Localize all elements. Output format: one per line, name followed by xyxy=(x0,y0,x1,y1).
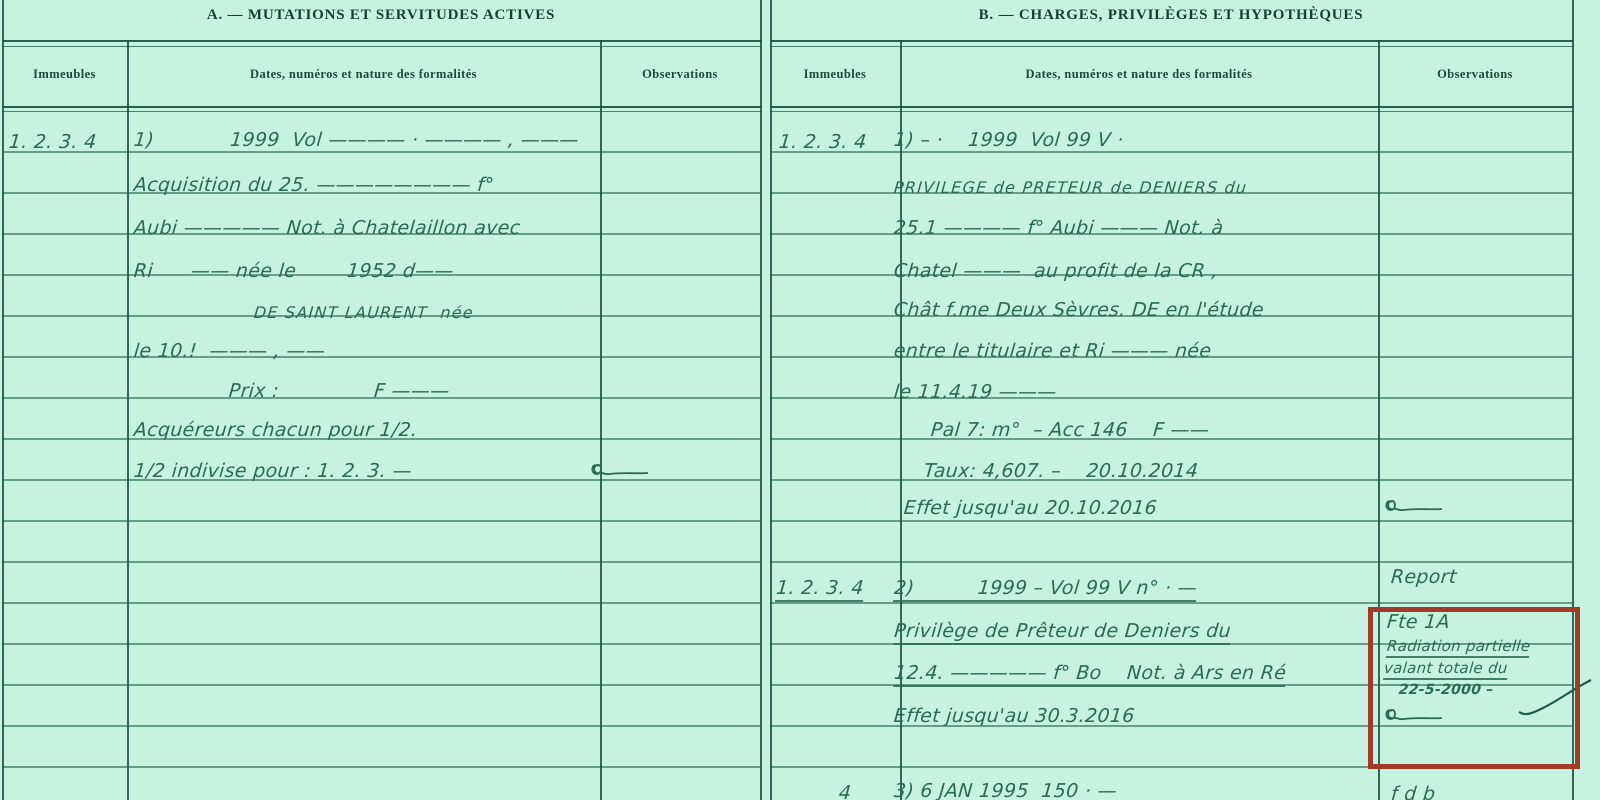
b-entry1-line: Chatel ——— au profit de la CR , xyxy=(893,260,1219,282)
b-entry2-line: 2) 1999 – Vol 99 V n° · — xyxy=(893,577,1198,602)
header-rule xyxy=(770,40,1574,42)
a-entry1-line: Prix : F ——— xyxy=(228,380,451,402)
b-entry1-immeubles: 1. 2. 3. 4 xyxy=(778,131,868,153)
ruled-lines-section-a xyxy=(2,112,760,800)
b-entry2-line: Effet jusqu'au 30.3.2016 xyxy=(893,705,1136,727)
table-border-a-right xyxy=(760,0,762,800)
header-rule xyxy=(2,106,762,108)
header-rule xyxy=(770,111,1574,112)
b-header-immeubles: Immeubles xyxy=(770,67,900,82)
a-header-immeubles: Immeubles xyxy=(2,67,127,82)
b-entry1-line: Taux: 4,607. – 20.10.2014 xyxy=(923,460,1199,482)
a-header-dates: Dates, numéros et nature des formalités xyxy=(127,67,600,82)
b-entry2-observation-report: Report xyxy=(1390,566,1458,588)
header-rule xyxy=(2,40,762,42)
paraph-mark xyxy=(588,460,652,486)
a-header-observations: Observations xyxy=(600,67,760,82)
b-entry3-observation: f d b xyxy=(1390,783,1436,800)
section-a-title: A. — MUTATIONS ET SERVITUDES ACTIVES xyxy=(2,7,760,24)
header-rule xyxy=(2,46,762,47)
a-entry1-line: Ri —— née le 1952 d—— xyxy=(133,260,455,282)
header-rule xyxy=(770,106,1574,108)
b-entry1-line: Effet jusqu'au 20.10.2016 xyxy=(903,497,1158,519)
b-entry1-line: Pal 7: m° – Acc 146 F —— xyxy=(930,419,1210,441)
a-entry1-immeubles: 1. 2. 3. 4 xyxy=(8,131,98,153)
a-entry1-line: DE SAINT LAURENT née xyxy=(253,302,475,324)
b-entry2-immeubles: 1. 2. 3. 4 xyxy=(775,577,865,602)
b-entry1-line: PRIVILEGE de PRETEUR de DENIERS du xyxy=(893,177,1248,199)
b-entry1-line: le 11.4.19 ——— xyxy=(893,381,1058,403)
a-entry1-line: 1) 1999 Vol ———— · ———— , ——— xyxy=(133,129,580,151)
a-entry1-line: le 10.! ——— , —— xyxy=(133,340,326,362)
b-header-dates: Dates, numéros et nature des formalités xyxy=(900,67,1378,82)
table-border-left xyxy=(2,0,4,800)
section-b-title: B. — CHARGES, PRIVILÈGES ET HYPOTHÈQUES xyxy=(770,7,1572,24)
a-entry1-line: Acquéreurs chacun pour 1/2. xyxy=(133,419,418,441)
b-entry2-line: Privilège de Prêteur de Deniers du xyxy=(893,620,1232,645)
a-entry1-line: 1/2 indivise pour : 1. 2. 3. — xyxy=(133,460,413,482)
paraph-mark xyxy=(1382,496,1446,522)
a-entry1-line: Aubi ————— Not. à Chatelaillon avec xyxy=(133,217,522,239)
b-header-observations: Observations xyxy=(1378,67,1572,82)
column-divider-a-immeubles xyxy=(127,40,129,800)
table-border-b-left xyxy=(770,0,772,800)
b-entry3-immeubles: 4 xyxy=(838,782,852,800)
b-entry1-line: 25.1 ———— f° Aubi ——— Not. à xyxy=(893,217,1224,239)
b-entry1-line: entre le titulaire et Ri ——— née xyxy=(893,340,1212,362)
header-rule xyxy=(2,111,762,112)
registry-page: A. — MUTATIONS ET SERVITUDES ACTIVES B. … xyxy=(0,0,1600,800)
b-entry1-line: Chât f.me Deux Sèvres. DE en l'étude xyxy=(893,299,1265,321)
b-entry1-line: 1) – · 1999 Vol 99 V · xyxy=(893,129,1125,151)
header-rule xyxy=(770,46,1574,47)
column-divider-a-observations xyxy=(600,40,602,800)
b-entry3-line: 3) 6 JAN 1995 150 · — xyxy=(893,780,1118,800)
highlight-annotation-box xyxy=(1368,607,1580,769)
a-entry1-line: Acquisition du 25. ———————— f° xyxy=(133,174,495,196)
b-entry2-line: 12.4. ————— f° Bo Not. à Ars en Ré xyxy=(893,662,1287,687)
